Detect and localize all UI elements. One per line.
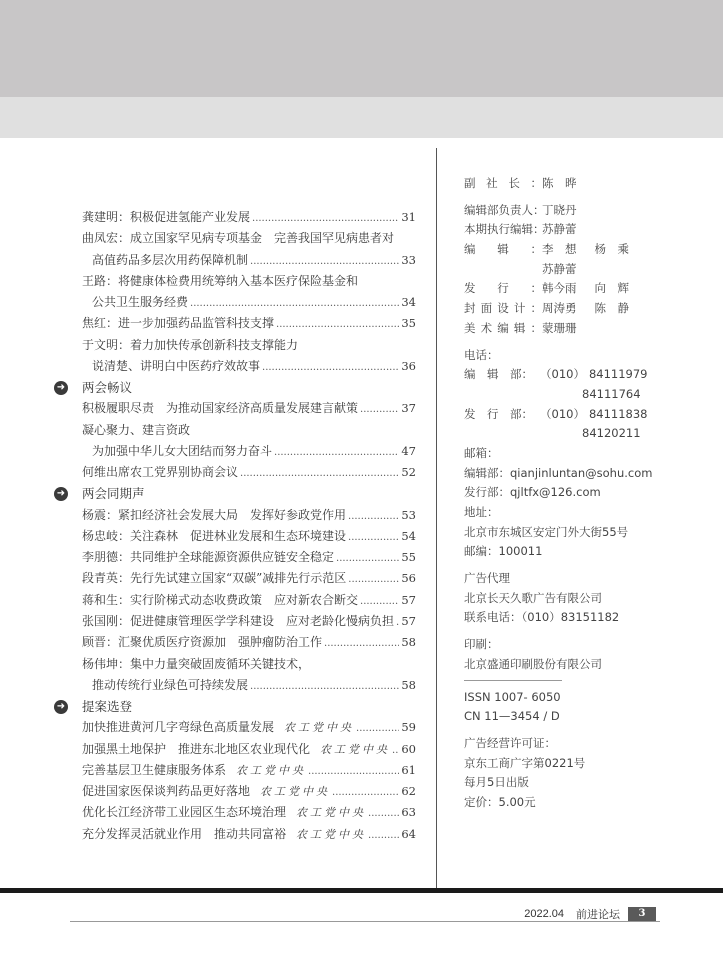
leader-dots (274, 441, 399, 463)
toc-entry[interactable]: 段青英：先行先试建立国家“双碳”减排先行示范区56 (54, 568, 416, 589)
phone-editorial-row-2: 84111764 (464, 385, 704, 405)
toc-entry[interactable]: 顾晋：汇聚优质医疗资源加 强肿瘤防治工作58 (54, 632, 416, 653)
toc-entry-title: 杨忠岐：关注森林 促进林业发展和生态环境建设 (82, 526, 346, 547)
toc-page-number: 62 (401, 781, 416, 802)
email-editorial[interactable]: 编辑部：qianjinluntan@sohu.com (464, 464, 704, 484)
editors-row-2: 苏静蕾 (464, 260, 704, 280)
toc-entry[interactable]: 完善基层卫生健康服务体系农工党中央61 (54, 760, 416, 781)
page-number: 3 (628, 907, 656, 921)
toc-entry[interactable]: 公共卫生服务经费34 (54, 292, 416, 313)
toc-entry[interactable]: 焦红：进一步加强药品监管科技支撑35 (54, 313, 416, 334)
distribution-row: 发行：韩今雨向 辉 (464, 279, 704, 299)
leader-dots (240, 462, 399, 484)
leader-dots (396, 611, 399, 633)
arrow-right-circle-icon: ➜ (54, 381, 68, 395)
toc-page-number: 61 (401, 760, 416, 781)
toc-entry[interactable]: 高值药品多层次用药保障机制33 (54, 250, 416, 271)
arrow-right-circle-icon: ➜ (54, 487, 68, 501)
print-title: 印刷： (464, 635, 704, 655)
toc-block-4: 加快推进黄河几字弯绿色高质量发展农工党中央59加强黑土地保护 推进东北地区农业现… (54, 717, 416, 845)
separator-line (464, 680, 562, 681)
toc-entry-title: 加快推进黄河几字弯绿色高质量发展 (82, 717, 274, 738)
toc-page-number: 34 (401, 292, 416, 313)
leader-dots (332, 781, 399, 803)
leader-dots (252, 207, 399, 229)
toc-page-number: 53 (401, 505, 416, 526)
section-title: 两会畅议 (82, 377, 132, 398)
toc-entry-title: 为加强中华儿女大团结而努力奋斗 (92, 441, 272, 462)
toc-entry-title: 推动传统行业绿色可持续发展 (92, 675, 248, 696)
issn: ISSN 1007- 6050 (464, 688, 704, 708)
toc-entry-title: 凝心聚力、建言资政 (82, 420, 190, 441)
leader-dots (348, 505, 399, 527)
toc-entry-title: 杨震：紧扣经济社会发展大局 发挥好参政党作用 (82, 505, 346, 526)
colophon: 副社长：陈 晔 编辑部负责人：丁晓丹 本期执行编辑：苏静蕾 编辑：李 想杨 乘 … (464, 174, 704, 813)
leader-dots (276, 313, 399, 335)
toc-page-number: 31 (401, 207, 416, 228)
toc-section-lianghui-tongqisheng[interactable]: ➜ 两会同期声 (54, 484, 416, 505)
leader-dots (190, 292, 399, 314)
toc-entry-org: 农工党中央 (260, 781, 330, 802)
page-footer: 2022.04 前进论坛 3 (524, 906, 656, 922)
toc-page-number: 35 (401, 313, 416, 334)
toc-page-number: 64 (401, 824, 416, 845)
toc-entry-title: 公共卫生服务经费 (92, 292, 188, 313)
toc-entry[interactable]: 杨忠岐：关注森林 促进林业发展和生态环境建设54 (54, 526, 416, 547)
leader-dots (308, 760, 399, 782)
toc-entry[interactable]: 充分发挥灵活就业作用 推动共同富裕农工党中央64 (54, 824, 416, 845)
dept-head-row: 编辑部负责人：丁晓丹 (464, 201, 704, 221)
toc-page-number: 36 (401, 356, 416, 377)
toc-entry-title: 王路：将健康体检费用统筹纳入基本医疗保险基金和 (82, 271, 358, 292)
leader-dots (360, 398, 399, 420)
toc-entry-title: 曲凤宏：成立国家罕见病专项基金 完善我国罕见病患者对 (82, 228, 394, 249)
license-title: 广告经营许可证： (464, 734, 704, 754)
toc-entry[interactable]: 优化长江经济带工业园区生态环境治理农工党中央63 (54, 802, 416, 823)
toc-entry[interactable]: 龚建明：积极促进氢能产业发展31 (54, 207, 416, 228)
toc-entry[interactable]: 加强黑土地保护 推进东北地区农业现代化农工党中央60 (54, 739, 416, 760)
toc-page-number: 56 (401, 568, 416, 589)
toc-entry[interactable]: 加快推进黄河几字弯绿色高质量发展农工党中央59 (54, 717, 416, 738)
toc-entry-title: 李朋德：共同维护全球能源资源供应链安全稳定 (82, 547, 334, 568)
toc-entry-title: 焦红：进一步加强药品监管科技支撑 (82, 313, 274, 334)
phone-editorial-row: 编 辑 部：（010）84111979 (464, 365, 704, 385)
leader-dots (356, 717, 399, 739)
column-divider (436, 148, 437, 889)
magazine-name: 前进论坛 (576, 906, 620, 922)
toc-entry-title: 于文明：着力加快传承创新科技支撑能力 (82, 335, 298, 356)
toc-entry[interactable]: 何维出席农工党界别协商会议52 (54, 462, 416, 483)
toc-entry: 凝心聚力、建言资政 (54, 420, 416, 441)
leader-dots (368, 802, 399, 824)
leader-dots (348, 568, 399, 590)
leader-dots (336, 547, 399, 569)
toc-page-number: 57 (401, 590, 416, 611)
toc-entry-title: 说清楚、讲明白中医药疗效故事 (92, 356, 260, 377)
toc-page-number: 33 (401, 250, 416, 271)
toc-block-3: 杨震：紧扣经济社会发展大局 发挥好参政党作用53杨忠岐：关注森林 促进林业发展和… (54, 505, 416, 697)
toc-page-number: 60 (401, 739, 416, 760)
price: 定价：5.00元 (464, 793, 704, 813)
cover-design-row: 封面设计：周涛勇陈 静 (464, 299, 704, 319)
deputy-president-row: 副社长：陈 晔 (464, 174, 704, 194)
phone-distribution-row: 发 行 部：（010）84111838 (464, 405, 704, 425)
toc-entry-title: 张国刚：促进健康管理医学学科建设 应对老龄化慢病负担 (82, 611, 394, 632)
toc-entry-title: 杨伟坤：集中力量突破固废循环关键技术， (82, 654, 310, 675)
toc-entry: 于文明：着力加快传承创新科技支撑能力 (54, 335, 416, 356)
toc-entry[interactable]: 蒋和生：实行阶梯式动态收费政策 应对新农合断交57 (54, 590, 416, 611)
toc-entry-title: 充分发挥灵活就业作用 推动共同富裕 (82, 824, 286, 845)
toc-entry-title: 何维出席农工党界别协商会议 (82, 462, 238, 483)
toc-block-1: 龚建明：积极促进氢能产业发展31曲凤宏：成立国家罕见病专项基金 完善我国罕见病患… (54, 207, 416, 377)
toc-entry-title: 促进国家医保谈判药品更好落地 (82, 781, 250, 802)
email-title: 邮箱： (464, 444, 704, 464)
leader-dots (360, 590, 399, 612)
address: 北京市东城区安定门外大街55号 (464, 523, 704, 543)
header-band-dark (0, 0, 723, 97)
leader-dots (392, 739, 399, 761)
email-distribution[interactable]: 发行部：qjltfx@126.com (464, 483, 704, 503)
toc-entry: 曲凤宏：成立国家罕见病专项基金 完善我国罕见病患者对 (54, 228, 416, 249)
toc-entry-title: 蒋和生：实行阶梯式动态收费政策 应对新农合断交 (82, 590, 358, 611)
bottom-rule (0, 888, 723, 893)
toc-entry[interactable]: 促进国家医保谈判药品更好落地农工党中央62 (54, 781, 416, 802)
editors-row: 编辑：李 想杨 乘 (464, 240, 704, 260)
toc-page-number: 58 (401, 632, 416, 653)
toc-entry[interactable]: 杨震：紧扣经济社会发展大局 发挥好参政党作用53 (54, 505, 416, 526)
leader-dots (348, 526, 399, 548)
section-title: 提案选登 (82, 696, 132, 717)
address-title: 地址： (464, 503, 704, 523)
ad-agent-title: 广告代理 (464, 569, 704, 589)
issue-date: 2022.04 (524, 908, 564, 920)
phone-distribution-row-2: 84120211 (464, 424, 704, 444)
ad-agent: 北京长天久歌广告有限公司 (464, 589, 704, 609)
art-editor-row: 美术编辑：蒙珊珊 (464, 319, 704, 339)
toc-entry-org: 农工党中央 (236, 760, 306, 781)
toc-entry[interactable]: 为加强中华儿女大团结而努力奋斗47 (54, 441, 416, 462)
toc-entry-title: 龚建明：积极促进氢能产业发展 (82, 207, 250, 228)
toc-page-number: 55 (401, 547, 416, 568)
exec-editor-row: 本期执行编辑：苏静蕾 (464, 220, 704, 240)
toc-entry: 王路：将健康体检费用统筹纳入基本医疗保险基金和 (54, 271, 416, 292)
leader-dots (262, 356, 399, 378)
toc-entry-org: 农工党中央 (296, 824, 366, 845)
postcode: 邮编：100011 (464, 542, 704, 562)
toc-entry[interactable]: 推动传统行业绿色可持续发展58 (54, 675, 416, 696)
toc-entry-title: 加强黑土地保护 推进东北地区农业现代化 (82, 739, 310, 760)
schedule: 每月5日出版 (464, 773, 704, 793)
toc-entry-title: 完善基层卫生健康服务体系 (82, 760, 226, 781)
leader-dots (324, 632, 399, 654)
toc-entry[interactable]: 李朋德：共同维护全球能源资源供应链安全稳定55 (54, 547, 416, 568)
toc-page-number: 59 (401, 717, 416, 738)
toc-entry-title: 高值药品多层次用药保障机制 (92, 250, 248, 271)
arrow-right-circle-icon: ➜ (54, 700, 68, 714)
toc-entry-title: 顾晋：汇聚优质医疗资源加 强肿瘤防治工作 (82, 632, 322, 653)
leader-dots (368, 824, 399, 846)
ad-phone: 联系电话：（010）83151182 (464, 608, 704, 628)
toc-entry-org: 农工党中央 (284, 717, 354, 738)
toc-entry: 杨伟坤：集中力量突破固废循环关键技术， (54, 654, 416, 675)
license: 京东工商广字第0221号 (464, 754, 704, 774)
table-of-contents: 龚建明：积极促进氢能产业发展31曲凤宏：成立国家罕见病专项基金 完善我国罕见病患… (54, 207, 416, 845)
toc-page-number: 54 (401, 526, 416, 547)
toc-entry-title: 段青英：先行先试建立国家“双碳”减排先行示范区 (82, 568, 346, 589)
printer: 北京盛通印刷股份有限公司 (464, 655, 704, 675)
leader-dots (250, 250, 399, 272)
toc-entry-title: 优化长江经济带工业园区生态环境治理 (82, 802, 286, 823)
cn-number: CN 11—3454 / D (464, 707, 704, 727)
toc-entry[interactable]: 说清楚、讲明白中医药疗效故事36 (54, 356, 416, 377)
toc-page-number: 63 (401, 802, 416, 823)
toc-entry[interactable]: 张国刚：促进健康管理医学学科建设 应对老龄化慢病负担57 (54, 611, 416, 632)
toc-section-tian-xuandeng[interactable]: ➜ 提案选登 (54, 696, 416, 717)
toc-entry-org: 农工党中央 (296, 802, 366, 823)
toc-entry[interactable]: 积极履职尽责 为推动国家经济高质量发展建言献策37 (54, 398, 416, 419)
toc-page-number: 37 (401, 398, 416, 419)
leader-dots (250, 675, 399, 697)
header-band-light (0, 97, 723, 138)
phone-title: 电话： (464, 346, 704, 366)
toc-entry-org: 农工党中央 (320, 739, 390, 760)
toc-block-2: 积极履职尽责 为推动国家经济高质量发展建言献策37凝心聚力、建言资政为加强中华儿… (54, 398, 416, 483)
toc-page-number: 58 (401, 675, 416, 696)
toc-page-number: 47 (401, 441, 416, 462)
toc-page-number: 52 (401, 462, 416, 483)
toc-section-lianghui-changyi[interactable]: ➜ 两会畅议 (54, 377, 416, 398)
toc-entry-title: 积极履职尽责 为推动国家经济高质量发展建言献策 (82, 398, 358, 419)
toc-page-number: 57 (401, 611, 416, 632)
section-title: 两会同期声 (82, 483, 145, 504)
